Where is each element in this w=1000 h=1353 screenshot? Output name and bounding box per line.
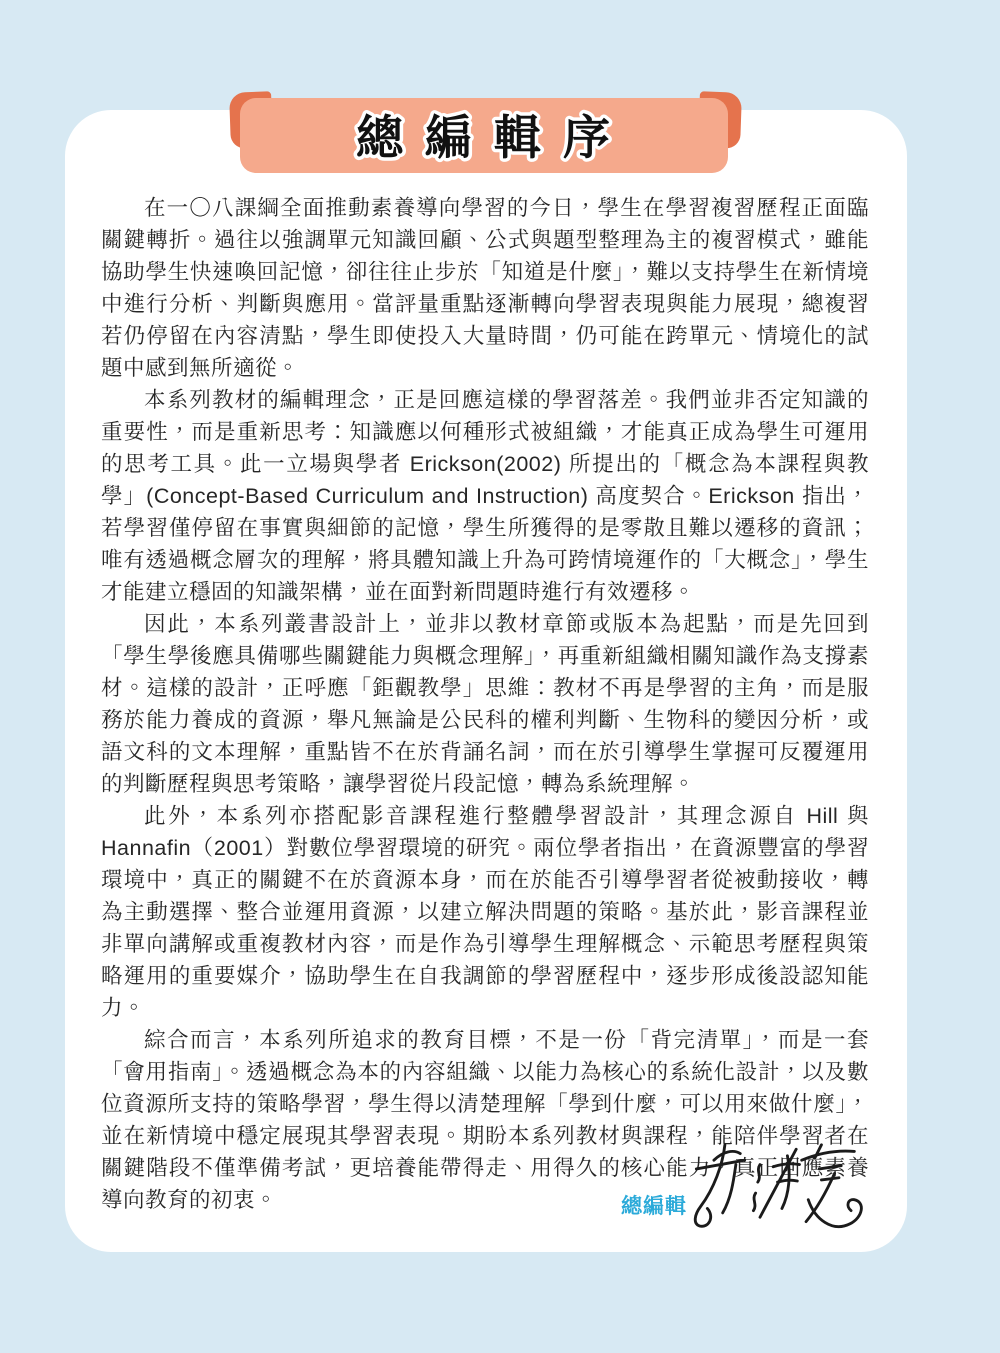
preface-body: 在一〇八課綱全面推動素養導向學習的今日，學生在學習複習歷程正面臨關鍵轉折。過往以… bbox=[65, 110, 907, 1216]
editor-signature bbox=[681, 1138, 873, 1246]
paragraph: 在一〇八課綱全面推動素養導向學習的今日，學生在學習複習歷程正面臨關鍵轉折。過往以… bbox=[101, 192, 869, 384]
preface-card: 總編輯序 在一〇八課綱全面推動素養導向學習的今日，學生在學習複習歷程正面臨關鍵轉… bbox=[65, 110, 907, 1252]
paragraph: 因此，本系列叢書設計上，並非以教材章節或版本為起點，而是先回到「學生學後應具備哪… bbox=[101, 608, 869, 800]
paragraph: 此外，本系列亦搭配影音課程進行整體學習設計，其理念源自 Hill 與 Hanna… bbox=[101, 800, 869, 1024]
page-background: 總編輯序 在一〇八課綱全面推動素養導向學習的今日，學生在學習複習歷程正面臨關鍵轉… bbox=[0, 0, 1000, 1353]
editor-signature-row: 總編輯 bbox=[65, 1138, 907, 1252]
paragraph: 本系列教材的編輯理念，正是回應這樣的學習落差。我們並非否定知識的重要性，而是重新… bbox=[101, 384, 869, 608]
editor-role-label: 總編輯 bbox=[621, 1190, 687, 1220]
